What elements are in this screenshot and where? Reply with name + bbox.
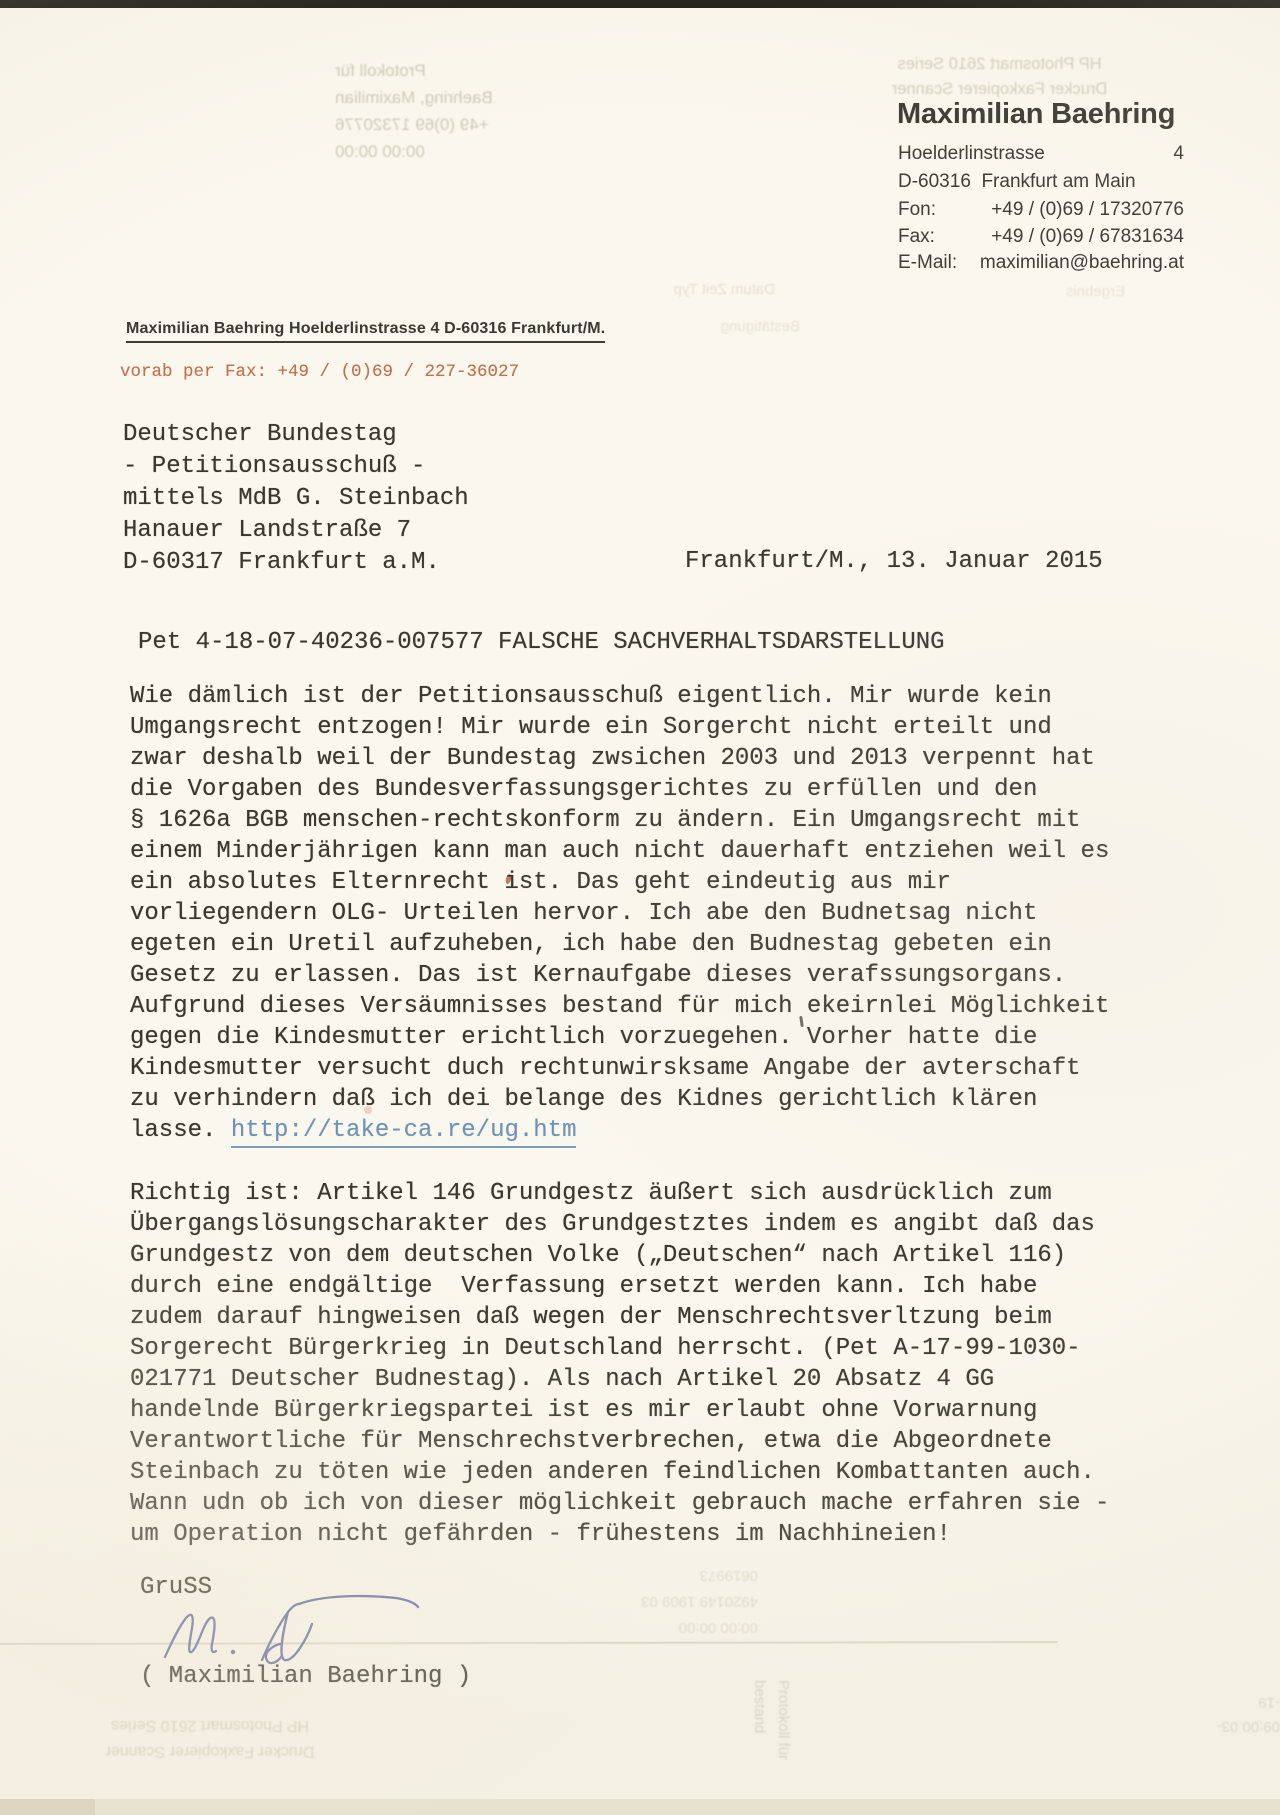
sender-address-line: Maximilian Baehring Hoelderlinstrasse 4 … xyxy=(126,320,605,343)
bleed-through-printer-name-bottom: Drucker Faxkopierer Scanner HP Photosmar… xyxy=(60,1712,360,1764)
letterhead-phone-row: Fon: +49 / (0)69 / 17320776 xyxy=(898,199,1184,221)
scan-edge-bottom xyxy=(0,1799,1280,1815)
bleed-through-protocol-numbers: 00:00 00:00 4920149 1909 03 0619973 xyxy=(578,1562,758,1640)
fax-label: Fax: xyxy=(898,226,935,248)
url-link[interactable]: http://take-ca.re/ug.htm xyxy=(231,1115,577,1148)
email-label: E-Mail: xyxy=(898,252,957,274)
scanned-letter-page: Protokoll für Baehring, Maximilian +49 (… xyxy=(0,0,1280,1815)
letterhead-city: D-60316 Frankfurt am Main xyxy=(898,171,1184,193)
phone-label: Fon: xyxy=(898,199,936,221)
bleed-through-protocol-row: Ergebnis xyxy=(985,283,1125,300)
letterhead-email-row: E-Mail: maximilian@baehring.at xyxy=(898,252,1184,274)
body-link-line: lasse. http://take-ca.re/ug.htm xyxy=(130,1115,576,1148)
scan-edge-top xyxy=(0,0,1280,8)
bleed-through-printer-name-top: HP Photosmart 2610 Series Drucker Faxkop… xyxy=(872,52,1127,102)
letterhead-name: Maximilian Baehring xyxy=(897,98,1187,131)
body-paragraph-1: Wie dämlich ist der Petitionsausschuß ei… xyxy=(130,681,1109,1115)
bleed-through-right-edge: Protokoll für bestand xyxy=(747,1680,795,1815)
bleed-through-fax-protocol: Protokoll für Baehring, Maximilian +49 (… xyxy=(335,57,640,165)
fax-advance-note: vorab per Fax: +49 / (0)69 / 227-36027 xyxy=(120,362,519,382)
fax-value: +49 / (0)69 / 67831634 xyxy=(991,226,1184,248)
typed-signature-name: ( Maximilian Baehring ) xyxy=(140,1661,471,1692)
subject-line: Pet 4-18-07-40236-007577 FALSCHE SACHVER… xyxy=(138,627,945,658)
recipient-address: Deutscher Bundestag - Petitionsausschuß … xyxy=(123,419,469,579)
phone-value: +49 / (0)69 / 17320776 xyxy=(991,199,1184,221)
letterhead-street-number: 4 xyxy=(1173,143,1184,165)
body-paragraph-2: Richtig ist: Artikel 146 Grundgestz äuße… xyxy=(130,1178,1109,1550)
letterhead-city-line: D-60316 Frankfurt am Main xyxy=(898,171,1136,193)
date-line: Frankfurt/M., 13. Januar 2015 xyxy=(685,546,1103,577)
bleed-through-protocol-row: Datum Zeit Typ xyxy=(575,281,775,298)
letterhead-street: Hoelderlinstrasse 4 xyxy=(898,143,1184,165)
bleed-through-right-corner: 09:00 03- -19 xyxy=(1160,1690,1280,1738)
link-prefix: lasse. xyxy=(130,1115,231,1148)
letterhead-fax-row: Fax: +49 / (0)69 / 67831634 xyxy=(898,226,1184,248)
fold-crease xyxy=(0,1641,1058,1645)
bleed-through-protocol-row: Bestätigung xyxy=(640,318,800,335)
email-value: maximilian@baehring.at xyxy=(980,252,1184,274)
letterhead-street-name: Hoelderlinstrasse xyxy=(898,143,1045,165)
